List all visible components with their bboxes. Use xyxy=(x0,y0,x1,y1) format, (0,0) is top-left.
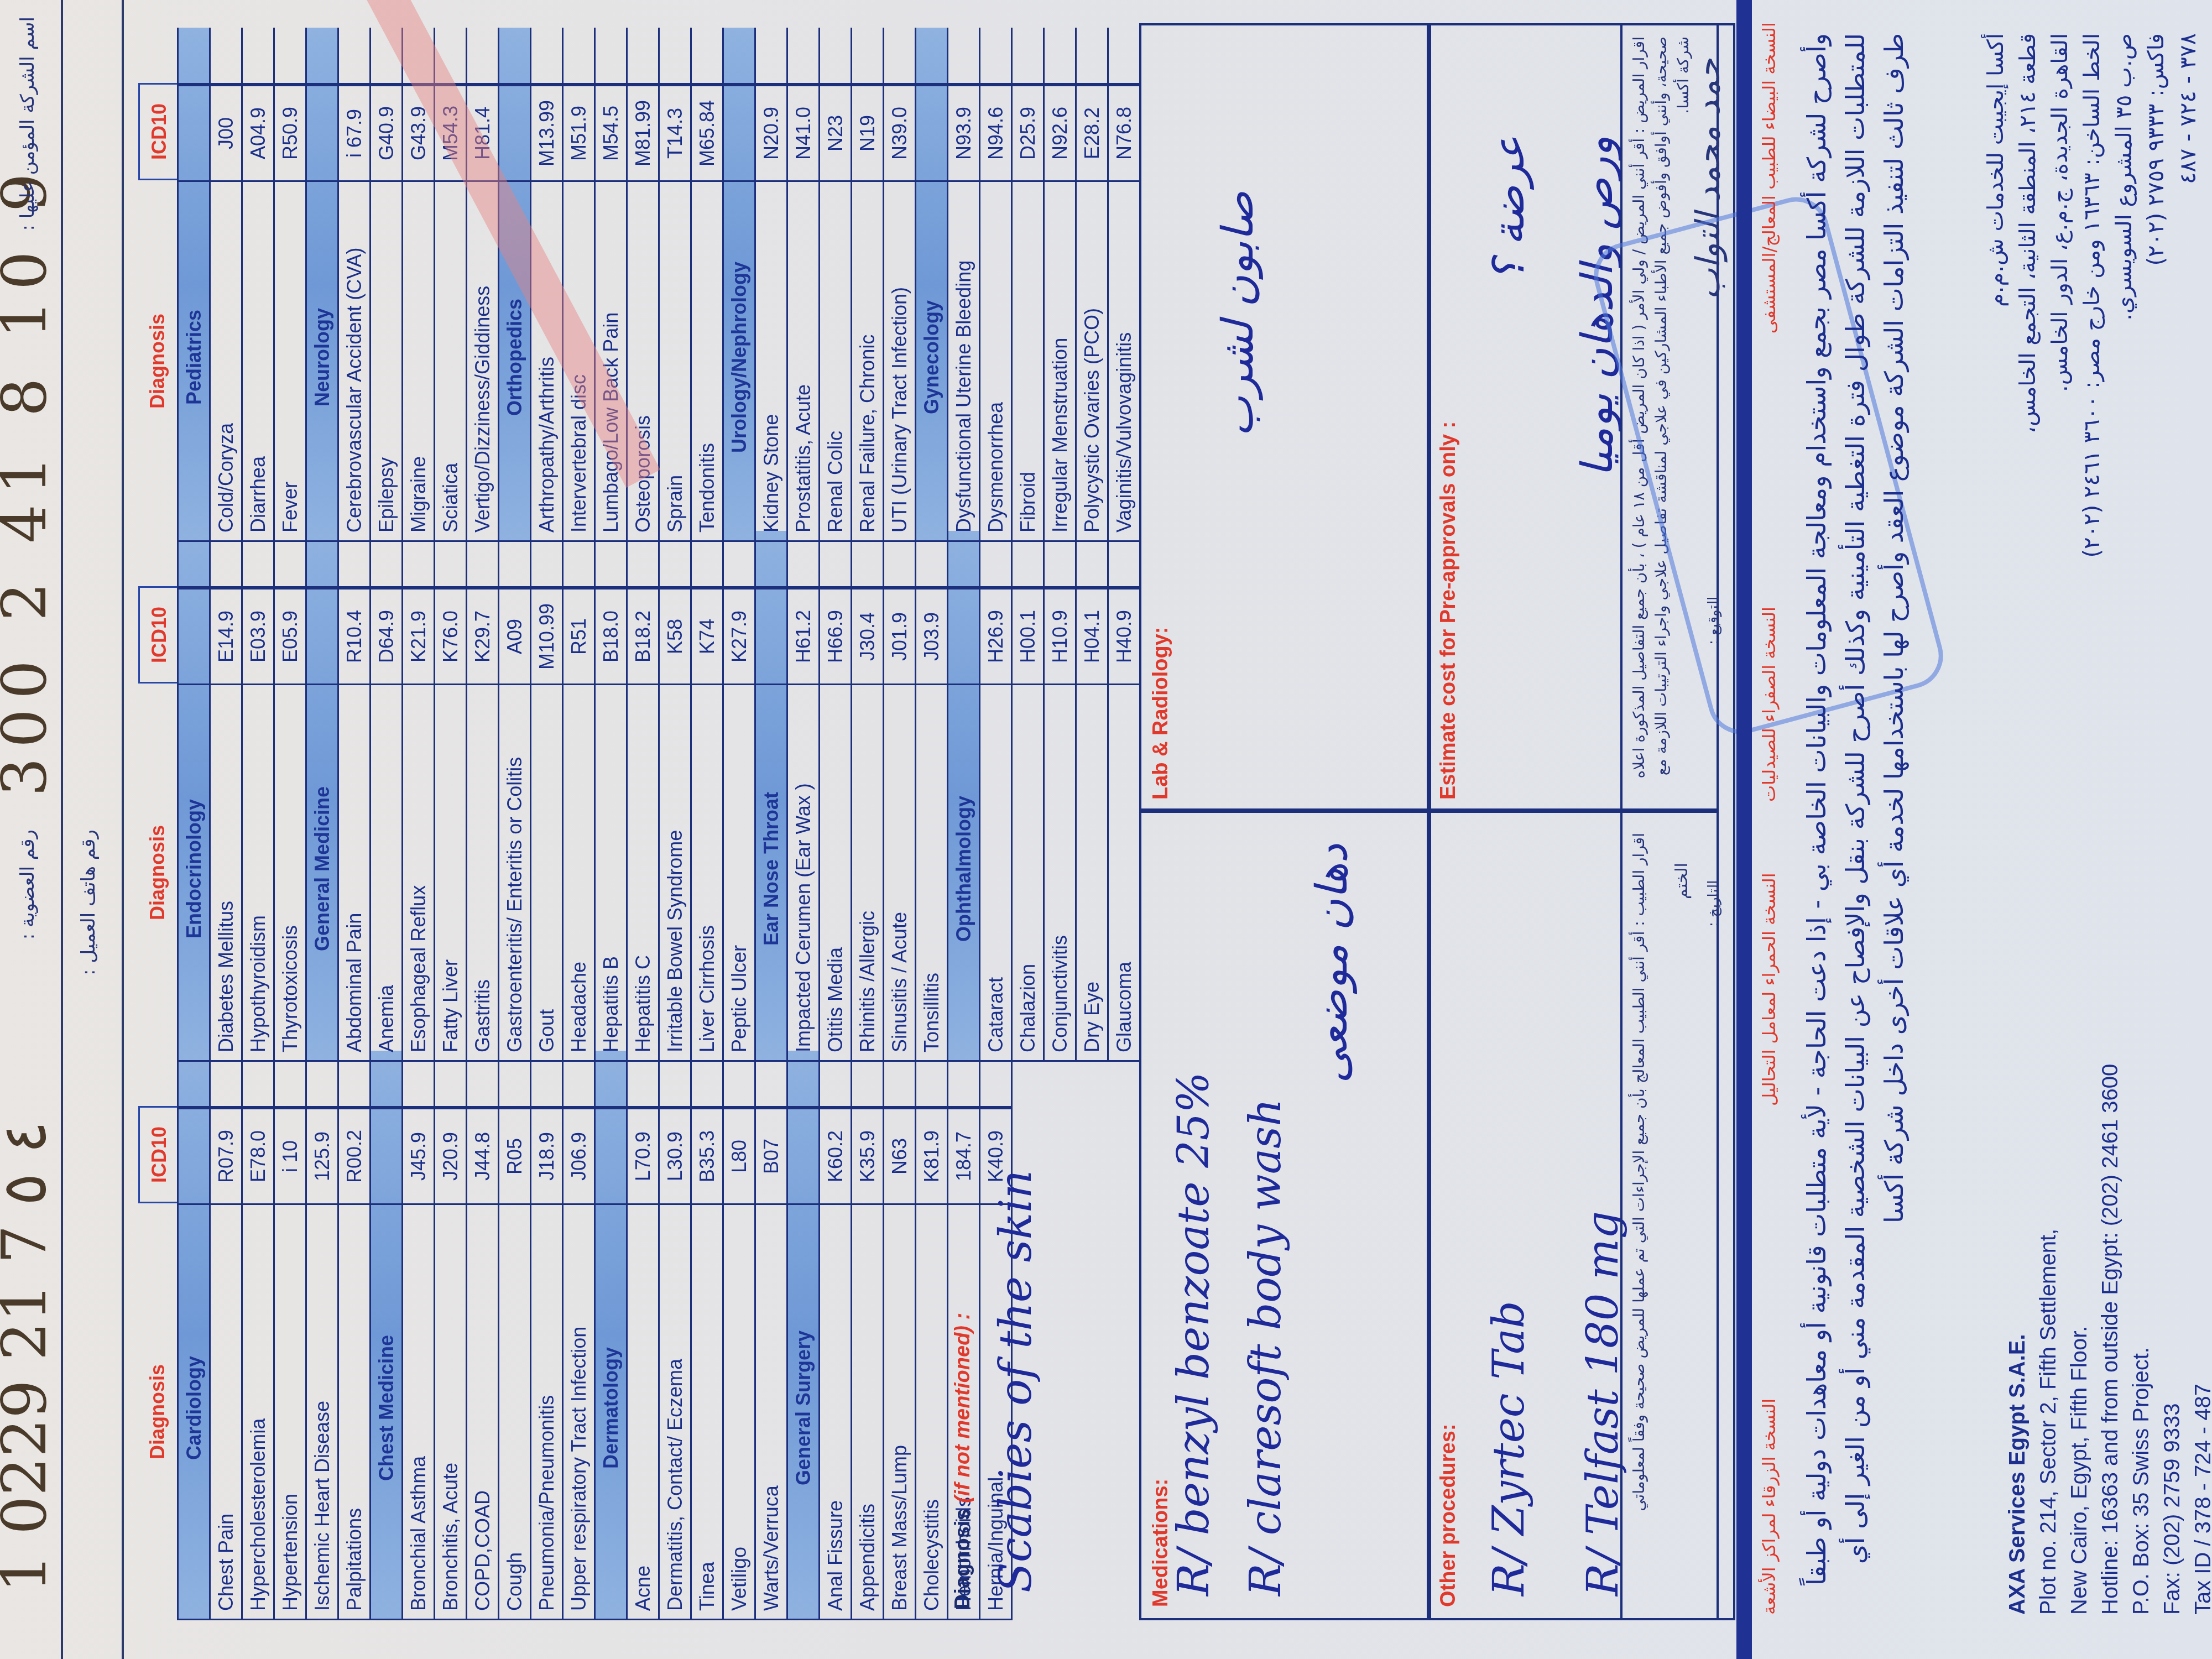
diagnosis-name: Polycystic Ovaries (PCO) xyxy=(1077,182,1107,542)
category-label: Neurology xyxy=(307,182,337,542)
medications-line: R/ claresoft body wash xyxy=(1235,1098,1296,1596)
membership-number-handwritten-cont: 1 0229 21 7 ٤ ٥ xyxy=(0,1121,60,1593)
diagnosis-checkbox[interactable] xyxy=(1077,28,1107,85)
diagnosis-row: Prostatitis, AcuteN41.0 xyxy=(786,28,818,542)
icd10-code: M54.5 xyxy=(596,85,626,182)
category-label: Endocrinology xyxy=(179,685,209,1062)
claim-form-sheet: رقم العضوية : 300 2 41 8 10 9 1 0229 21 … xyxy=(0,0,2212,1659)
icd10-code: K35.9 xyxy=(852,1108,883,1205)
diagnosis-name: Tinea xyxy=(692,1205,722,1620)
diagnosis-row: Otitis MediaH66.9 xyxy=(818,531,851,1062)
icd10-code: D64.9 xyxy=(371,588,401,685)
diagnosis-checkbox[interactable] xyxy=(1045,28,1075,85)
diagnosis-row: Anal FissureK60.2 xyxy=(818,1051,851,1620)
diagnosis-name: Cholecystitis xyxy=(916,1205,947,1620)
diagnosis-row: DysmenorrheaN94.6 xyxy=(979,28,1011,542)
icd10-code: R10.4 xyxy=(339,588,369,685)
diagnosis-name: Rhinitis /Allergic xyxy=(852,685,883,1062)
diagnosis-row: Breast Mass/LumpN63 xyxy=(883,1051,915,1620)
diagnosis-row: Dry EyeH04.1 xyxy=(1075,531,1107,1062)
diagnosis-row: Peptic UlcerK27.9 xyxy=(722,531,754,1062)
diagnosis-row: Warts/VerrucaB07 xyxy=(754,1051,786,1620)
icd10-code: J01.9 xyxy=(884,588,915,685)
diagnosis-row: AnemiaD64.9 xyxy=(369,531,401,1062)
icd10-header: ICD10 xyxy=(138,1106,177,1203)
copy-note-blue: النسخة الزرقاء لمراكز الأشعة xyxy=(1759,1399,1780,1615)
category-header: Pediatrics xyxy=(177,28,209,542)
diagnosis-row: Vaginitis/VulvovaginitisN76.8 xyxy=(1107,28,1139,542)
icd10-code: H61.2 xyxy=(788,588,818,685)
category-label: Ear Nose Throat xyxy=(756,685,786,1062)
icd10-code: K60.2 xyxy=(820,1108,851,1205)
diagnosis-row: SprainT14.3 xyxy=(658,28,690,542)
diagnosis-row: HypothyroidismE03.9 xyxy=(241,531,273,1062)
diagnosis-row: Dermatitis, Contact/ EczemaL30.9 xyxy=(658,1051,690,1620)
category-label: Dermatology xyxy=(596,1205,626,1620)
diagnosis-row: HypercholesterolemiaE78.0 xyxy=(241,1051,273,1620)
footer-company-ar: أكسا إيجيبت للخدمات ش.م.م xyxy=(1980,33,2012,752)
diagnosis-name: UTI (Urinary Tract Infection) xyxy=(884,182,915,542)
diagnosis-name: Hypercholesterolemia xyxy=(243,1205,273,1620)
diagnosis-row: Polycystic Ovaries (PCO)E28.2 xyxy=(1075,28,1107,542)
icd10-code: N19 xyxy=(852,85,883,182)
icd10-code: B35.3 xyxy=(692,1108,722,1205)
category-header: General Medicine xyxy=(305,531,337,1062)
footer-hotline-ar: الخط الساخن: ١٦٣٦٣ ومن خارج مصر: ٣٦٠٠ ٢٤… xyxy=(2076,33,2108,752)
diagnosis-name: Dysmenorrhea xyxy=(980,182,1011,542)
diagnosis-table: Diagnosis ICD10 CardiologyChest PainR07.… xyxy=(138,28,995,1620)
diagnosis-row: TendonitisM65.84 xyxy=(690,28,722,542)
diagnosis-row: Diabetes MellitusE14.9 xyxy=(209,531,241,1062)
membership-number-handwritten: 300 2 41 8 10 9 xyxy=(0,163,60,796)
category-header: General Surgery xyxy=(786,1051,818,1620)
other-procedures-line: R/ Zyrtec Tab xyxy=(1479,1301,1540,1596)
medications-box[interactable]: Medications: R/ benzyl benzoate 25% R/ c… xyxy=(1139,808,1431,1620)
diagnosis-checkbox[interactable] xyxy=(980,28,1011,85)
physician-declaration: اقرار الطبيب : أقر أنني الطبيب المعالج ب… xyxy=(1628,833,1650,1607)
other-procedures-label: Other procedures: xyxy=(1437,1423,1460,1607)
diagnosis-name: Liver Cirrhosis xyxy=(692,685,722,1062)
diagnosis-checkbox[interactable] xyxy=(339,28,369,85)
diagnosis-row: CholecystitisK81.9 xyxy=(915,1051,947,1620)
diagnosis-row: HeadacheR51 xyxy=(562,531,594,1062)
icd10-code: N41.0 xyxy=(788,85,818,182)
icd10-code: M65.84 xyxy=(692,85,722,182)
diagnosis-checkbox[interactable] xyxy=(692,28,722,85)
footer-company-info-ar: أكسا إيجيبت للخدمات ش.م.م قطعة ٢١٤، المن… xyxy=(1980,33,2204,752)
icd10-code: R50.9 xyxy=(275,85,305,182)
icd10-code: N63 xyxy=(884,1108,915,1205)
icd10-code: J20.9 xyxy=(435,1108,466,1205)
icd10-code: L30.9 xyxy=(660,1108,690,1205)
diagnosis-name: Osteoporosis xyxy=(628,182,658,542)
icd10-code: M51.9 xyxy=(564,85,594,182)
footer-company: AXA Services Egypt S.A.E. xyxy=(2002,1064,2033,1615)
diagnosis-name: Headache xyxy=(564,685,594,1062)
icd10-code: H04.1 xyxy=(1077,588,1107,685)
diagnosis-row: AppendicitisK35.9 xyxy=(851,1051,883,1620)
diagnosis-name: Renal Colic xyxy=(820,182,851,542)
icd10-code: J18.9 xyxy=(531,1108,562,1205)
diagnosis-name: Appendicitis xyxy=(852,1205,883,1620)
diagnosis-name: Hepatitis B xyxy=(596,685,626,1062)
diagnosis-checkbox[interactable] xyxy=(948,28,979,85)
diagnosis-row: Hypertensioni 10 xyxy=(273,1051,305,1620)
diagnosis-checkbox[interactable] xyxy=(628,28,658,85)
category-header: Cardiology xyxy=(177,1051,209,1620)
form-bottom-border xyxy=(1736,0,1752,1659)
footer-hotline: Hotline: 16363 and from outside Egypt: (… xyxy=(2095,1064,2126,1615)
footer-po-box-ar: ص.ب ٣٥ المشروع السويسري. xyxy=(2108,33,2140,752)
category-header: Gynecology xyxy=(915,28,947,542)
diagnosis-row: Bronchitis, AcuteJ20.9 xyxy=(434,1051,466,1620)
diagnosis-name: Prostatitis, Acute xyxy=(788,182,818,542)
diagnosis-checkbox[interactable] xyxy=(275,28,305,85)
icd10-code: N94.6 xyxy=(980,85,1011,182)
diagnosis-row: GastritisK29.7 xyxy=(466,531,498,1062)
diagnosis-name: Impacted Cerumen (Ear Wax ) xyxy=(788,685,818,1062)
category-label: Chest Medicine xyxy=(371,1205,401,1620)
footer-fax: Fax: (202) 2759 9333 xyxy=(2157,1064,2188,1615)
icd10-code: J06.9 xyxy=(564,1108,594,1205)
diagnosis-name: Sinusitis / Acute xyxy=(884,685,915,1062)
estimate-cost-label: Estimate cost for Pre-approvals only : xyxy=(1437,421,1460,800)
diagnosis-row: ConjunctivitisH10.9 xyxy=(1043,531,1075,1062)
diagnosis-header: Diagnosis xyxy=(138,1203,177,1620)
diagnosis-name: Vaginitis/Vulvovaginitis xyxy=(1109,182,1139,542)
icd10-code: N20.9 xyxy=(756,85,786,182)
icd10-code: E14.9 xyxy=(211,588,241,685)
diagnosis-name: Acne xyxy=(628,1205,658,1620)
diagnosis-checkbox[interactable] xyxy=(1109,28,1139,85)
icd10-code: M81.99 xyxy=(628,85,658,182)
diagnosis-row: COPD,COADJ44.8 xyxy=(466,1051,498,1620)
diagnosis-row: Intervertebral discM51.9 xyxy=(562,28,594,542)
icd10-code: H40.9 xyxy=(1109,588,1139,685)
icd10-code: B07 xyxy=(756,1108,786,1205)
header-fields: رقم العضوية : 300 2 41 8 10 9 1 0229 21 … xyxy=(0,0,127,1659)
diagnosis-name: Peptic Ulcer xyxy=(724,685,754,1062)
copy-note-white: النسخة البيضاء للطبيب المعالج/المستشفى xyxy=(1759,22,1780,333)
diagnosis-name: Renal Failure, Chronic xyxy=(852,182,883,542)
icd10-code: J45.9 xyxy=(403,1108,434,1205)
diagnosis-row: TineaB35.3 xyxy=(690,1051,722,1620)
category-label: Ophthalmology xyxy=(948,685,979,1062)
diagnosis-name: Hypothyroidism xyxy=(243,685,273,1062)
footer-address-2-ar: القاهرة الجديدة، ج.م.ع، الدور الخامس. xyxy=(2044,33,2076,752)
diagnosis-name: Upper respiratory Tract Infection xyxy=(564,1205,594,1620)
diagnosis-row: Upper respiratory Tract InfectionJ06.9 xyxy=(562,1051,594,1620)
diagnosis-name: COPD,COAD xyxy=(467,1205,498,1620)
diagnosis-name: Migraine xyxy=(403,182,434,542)
footer-company-info: AXA Services Egypt S.A.E. Plot no. 214, … xyxy=(2002,1064,2212,1615)
diagnosis-checkbox[interactable] xyxy=(596,28,626,85)
diagnosis-row: GoutM10.99 xyxy=(530,531,562,1062)
diagnosis-row: ThyrotoxicosisE05.9 xyxy=(273,531,305,1062)
icd10-code: K27.9 xyxy=(724,588,754,685)
diagnosis-row: FeverR50.9 xyxy=(273,28,305,542)
diagnosis-header: Diagnosis xyxy=(138,180,177,542)
membership-label: رقم العضوية : xyxy=(17,830,39,940)
medications-line: دهان موضعى xyxy=(1302,844,1363,1083)
diagnosis-name: Irregular Menstruation xyxy=(1045,182,1075,542)
diagnosis-name: Cough xyxy=(499,1205,530,1620)
diagnosis-row: EpilepsyG40.9 xyxy=(369,28,401,542)
diagnosis-row: Rhinitis /AllergicJ30.4 xyxy=(851,531,883,1062)
icd10-code: E03.9 xyxy=(243,588,273,685)
diagnosis-row: Irregular MenstruationN92.6 xyxy=(1043,28,1075,542)
diagnosis-row: CataractH26.9 xyxy=(979,531,1011,1062)
mobile-row: رقم هاتف العميل : xyxy=(61,0,124,1659)
diagnosis-row: Bronchial AsthmaJ45.9 xyxy=(401,1051,434,1620)
icd10-code: A04.9 xyxy=(243,85,273,182)
diagnosis-name: Diabetes Mellitus xyxy=(211,685,241,1062)
diagnosis-name: Cerebrovascular Accident (CVA) xyxy=(339,182,369,542)
diagnosis-checkbox[interactable] xyxy=(564,28,594,85)
diagnosis-row: Abdominal PainR10.4 xyxy=(337,531,369,1062)
diagnosis-name: Glaucoma xyxy=(1109,685,1139,1062)
icd10-header: ICD10 xyxy=(138,83,177,180)
diagnosis-name: Irritable Bowel Syndrome xyxy=(660,685,690,1062)
membership-row: رقم العضوية : 300 2 41 8 10 9 1 0229 21 … xyxy=(0,0,63,1659)
diagnosis-name: Tendonitis xyxy=(692,182,722,542)
icd10-code: K81.9 xyxy=(916,1108,947,1205)
diagnosis-header: Diagnosis xyxy=(138,684,177,1062)
diagnosis-row: CoughR05 xyxy=(498,1051,530,1620)
diagnosis-name: Otitis Media xyxy=(820,685,851,1062)
icd10-code: K58 xyxy=(660,588,690,685)
diagnosis-name: Thyrotoxicosis xyxy=(275,685,305,1062)
privacy-notice: وأصرح لشركة أكسا مصر بجمع واستخدام ومعال… xyxy=(1797,33,1913,1615)
footer-address-2: New Cairo, Egypt, Fifth Floor. xyxy=(2064,1064,2095,1615)
diagnosis-row: Fatty LiverK76.0 xyxy=(434,531,466,1062)
icd10-code: H66.9 xyxy=(820,588,851,685)
icd10-code: J44.8 xyxy=(467,1108,498,1205)
diagnosis-name: Fatty Liver xyxy=(435,685,466,1062)
diagnosis-row: Cold/CoryzaJ00 xyxy=(209,28,241,542)
diagnosis-name: Cold/Coryza xyxy=(211,182,241,542)
diagnosis-checkbox[interactable] xyxy=(788,28,818,85)
company-label: اسم الشركة المؤمن عليها : xyxy=(17,17,39,231)
diagnosis-row: TonsillitisJ03.9 xyxy=(915,531,947,1062)
icd10-code: i 67.9 xyxy=(339,85,369,182)
lab-radiology-box[interactable]: Lab & Radiology: صابون لشرب xyxy=(1139,23,1431,813)
diagnosis-row: Cerebrovascular Accident (CVA)i 67.9 xyxy=(337,28,369,542)
diagnosis-name: Sprain xyxy=(660,182,690,542)
diagnosis-name: Esophageal Reflux xyxy=(403,685,434,1062)
diagnosis-row: Gastroenteritis/ Enteritis or ColitisA09 xyxy=(498,531,530,1062)
footer-po-box: P.O. Box: 35 Swiss Project. xyxy=(2126,1064,2157,1615)
diagnosis-row: Hepatitis BB18.0 xyxy=(594,531,626,1062)
category-header: Endocrinology xyxy=(177,531,209,1062)
diagnosis-name: Bronchial Asthma xyxy=(403,1205,434,1620)
category-label: General Medicine xyxy=(307,685,337,1062)
diagnosis-name: Fever xyxy=(275,182,305,542)
diagnosis-row: Esophageal RefluxK21.9 xyxy=(401,531,434,1062)
diagnosis-name: Anal Fissure xyxy=(820,1205,851,1620)
category-header: Dermatology xyxy=(594,1051,626,1620)
date-label: التاريخ : xyxy=(1705,880,1722,927)
diagnosis-row: DiarrheaA04.9 xyxy=(241,28,273,542)
icd10-code: K76.0 xyxy=(435,588,466,685)
icd10-code: R00.2 xyxy=(339,1108,369,1205)
diagnosis-name: Sciatica xyxy=(435,182,466,542)
icd10-code: D25.9 xyxy=(1013,85,1043,182)
icd10-code: M10.99 xyxy=(531,588,562,685)
diagnosis-row: VetiligoL80 xyxy=(722,1051,754,1620)
diagnosis-row: AcneL70.9 xyxy=(626,1051,658,1620)
diagnosis-row: ChalazionH00.1 xyxy=(1011,531,1043,1062)
category-label: Gynecology xyxy=(916,182,947,542)
diagnosis-row: Ischemic Heart Disease125.9 xyxy=(305,1051,337,1620)
diagnosis-name: Kidney Stone xyxy=(756,182,786,542)
diagnosis-name: Dysfunctional Uterine Bleeding xyxy=(948,182,979,542)
diagnosis-row: Renal ColicN23 xyxy=(818,28,851,542)
diagnosis-name: Hypertension xyxy=(275,1205,305,1620)
diagnosis-row: Sinusitis / AcuteJ01.9 xyxy=(883,531,915,1062)
diagnosis-row: Hepatitis CB18.2 xyxy=(626,531,658,1062)
footer-tax: Tax ID / 378 - 724 - 487 xyxy=(2188,1064,2212,1615)
icd10-code: K29.7 xyxy=(467,588,498,685)
icd10-code: N23 xyxy=(820,85,851,182)
icd10-code: N39.0 xyxy=(884,85,915,182)
icd10-code: K74 xyxy=(692,588,722,685)
diagnosis-row: Pneumonia/PneumonitisJ18.9 xyxy=(530,1051,562,1620)
lab-radiology-line: صابون لشرب xyxy=(1208,191,1269,437)
icd10-header: ICD10 xyxy=(138,586,177,684)
physician-stamp-label: الختم xyxy=(1672,863,1692,899)
icd10-code: K21.9 xyxy=(403,588,434,685)
diagnosis-checkbox[interactable] xyxy=(211,28,241,85)
diagnosis-row: FibroidD25.9 xyxy=(1011,28,1043,542)
footer-address-1-ar: قطعة ٢١٤، المنطقة الثانية، التجمع الخامس… xyxy=(2012,33,2044,752)
icd10-code: J00 xyxy=(211,85,241,182)
lab-radiology-label: Lab & Radiology: xyxy=(1149,627,1173,800)
icd10-code: N93.9 xyxy=(948,85,979,182)
icd10-code: E28.2 xyxy=(1077,85,1107,182)
diagnosis-name: Epilepsy xyxy=(371,182,401,542)
diagnosis-checkbox[interactable] xyxy=(243,28,273,85)
diagnosis-name: Diarrhea xyxy=(243,182,273,542)
icd10-code: H10.9 xyxy=(1045,588,1075,685)
footer-address-1: Plot no. 214, Sector 2, Fifth Settlement… xyxy=(2033,1064,2064,1615)
copy-note-red: النسخة الحمراء لمعامل التحاليل xyxy=(1759,873,1780,1106)
diagnosis-name: Tonsillitis xyxy=(916,685,947,1062)
diagnosis-other-handwritten[interactable]: Scabies of the skin xyxy=(990,1170,1041,1593)
diagnosis-column-1: Diagnosis ICD10 CardiologyChest PainR07.… xyxy=(138,1051,1013,1620)
footer-fax-ar: فاكس: ٩٣٣٣ ٢٧٥٩ (٢٠٢) xyxy=(2140,33,2172,752)
diagnosis-name: Bronchitis, Acute xyxy=(435,1205,466,1620)
icd10-code: L80 xyxy=(724,1108,754,1205)
diagnosis-checkbox[interactable] xyxy=(820,28,851,85)
icd10-code: R07.9 xyxy=(211,1108,241,1205)
icd10-code: E78.0 xyxy=(243,1108,273,1205)
diagnosis-row: Impacted Cerumen (Ear Wax )H61.2 xyxy=(786,531,818,1062)
estimate-cost-line: عرضة ؟ xyxy=(1479,136,1540,282)
diagnosis-name: Anemia xyxy=(371,685,401,1062)
footer-tax-ar: ٣٧٨ - ٧٢٤ - ٤٨٧ xyxy=(2172,33,2204,752)
icd10-code: R51 xyxy=(564,588,594,685)
icd10-code: J30.4 xyxy=(852,588,883,685)
category-label: Pediatrics xyxy=(179,182,209,542)
diagnosis-name: Dermatitis, Contact/ Eczema xyxy=(660,1205,690,1620)
icd10-code: 184.7 xyxy=(948,1108,979,1205)
category-header: Neurology xyxy=(305,28,337,542)
diagnosis-checkbox[interactable] xyxy=(1013,28,1043,85)
icd10-code: B18.2 xyxy=(628,588,658,685)
icd10-code: B18.0 xyxy=(596,588,626,685)
icd10-code: N76.8 xyxy=(1109,85,1139,182)
category-label: General Surgery xyxy=(788,1205,818,1620)
diagnosis-row: Kidney StoneN20.9 xyxy=(754,28,786,542)
diagnosis-row: PalpitationsR00.2 xyxy=(337,1051,369,1620)
category-header: Ear Nose Throat xyxy=(754,531,786,1062)
icd10-code: G40.9 xyxy=(371,85,401,182)
icd10-code: N92.6 xyxy=(1045,85,1075,182)
diagnosis-column-2: Diagnosis ICD10 EndocrinologyDiabetes Me… xyxy=(138,531,1141,1062)
medications-line: R/ benzyl benzoate 25% xyxy=(1164,1072,1224,1596)
diagnosis-checkbox[interactable] xyxy=(884,28,915,85)
diagnosis-name: Palpitations xyxy=(339,1205,369,1620)
diagnosis-row: Irritable Bowel SyndromeK58 xyxy=(658,531,690,1062)
diagnosis-name: Cataract xyxy=(980,685,1011,1062)
diagnosis-row: Liver CirrhosisK74 xyxy=(690,531,722,1062)
diagnosis-checkbox[interactable] xyxy=(467,28,498,85)
diagnosis-name: Warts/Verruca xyxy=(756,1205,786,1620)
diagnosis-row: Chest PainR07.9 xyxy=(209,1051,241,1620)
icd10-code: H00.1 xyxy=(1013,588,1043,685)
category-header: Urology/Nephrology xyxy=(722,28,754,542)
icd10-code: H26.9 xyxy=(980,588,1011,685)
diagnosis-row: Vertigo/Dizziness/GiddinessH81.4 xyxy=(466,28,498,542)
diagnosis-name: Breast Mass/Lump xyxy=(884,1205,915,1620)
diagnosis-name: Abdominal Pain xyxy=(339,685,369,1062)
icd10-code: L70.9 xyxy=(628,1108,658,1205)
diagnosis-row: Dysfunctional Uterine BleedingN93.9 xyxy=(947,28,979,542)
icd10-code: E05.9 xyxy=(275,588,305,685)
icd10-code: J03.9 xyxy=(916,588,947,685)
category-label: Urology/Nephrology xyxy=(724,182,754,542)
copy-note-yellow: النسخة الصفراء للصيدليات xyxy=(1759,607,1780,802)
category-label: Cardiology xyxy=(179,1205,209,1620)
mobile-label: رقم هاتف العميل : xyxy=(77,830,100,975)
diagnosis-name: Ischemic Heart Disease xyxy=(307,1205,337,1620)
diagnosis-name: Gout xyxy=(531,685,562,1062)
diagnosis-name: Chalazion xyxy=(1013,685,1043,1062)
diagnosis-row: GlaucomaH40.9 xyxy=(1107,531,1139,1062)
diagnosis-name: Vetiligo xyxy=(724,1205,754,1620)
diagnosis-checkbox[interactable] xyxy=(531,28,562,85)
icd10-code: A09 xyxy=(499,588,530,685)
diagnosis-checkbox[interactable] xyxy=(756,28,786,85)
diagnosis-row: UTI (Urinary Tract Infection)N39.0 xyxy=(883,28,915,542)
diagnosis-name: Chest Pain xyxy=(211,1205,241,1620)
icd10-code: M13.99 xyxy=(531,85,562,182)
category-header: Chest Medicine xyxy=(369,1051,401,1620)
diagnosis-name: Pneumonia/Pneumonitis xyxy=(531,1205,562,1620)
diagnosis-row: Renal Failure, ChronicN19 xyxy=(851,28,883,542)
icd10-code: 125.9 xyxy=(307,1108,337,1205)
category-header: Ophthalmology xyxy=(947,531,979,1062)
diagnosis-name: Gastroenteritis/ Enteritis or Colitis xyxy=(499,685,530,1062)
diagnosis-checkbox[interactable] xyxy=(660,28,690,85)
diagnosis-name: Gastritis xyxy=(467,685,498,1062)
icd10-code: R05 xyxy=(499,1108,530,1205)
diagnosis-name: Fibroid xyxy=(1013,182,1043,542)
diagnosis-checkbox[interactable] xyxy=(852,28,883,85)
diagnosis-name: Conjunctivitis xyxy=(1045,685,1075,1062)
diagnosis-name: Dry Eye xyxy=(1077,685,1107,1062)
